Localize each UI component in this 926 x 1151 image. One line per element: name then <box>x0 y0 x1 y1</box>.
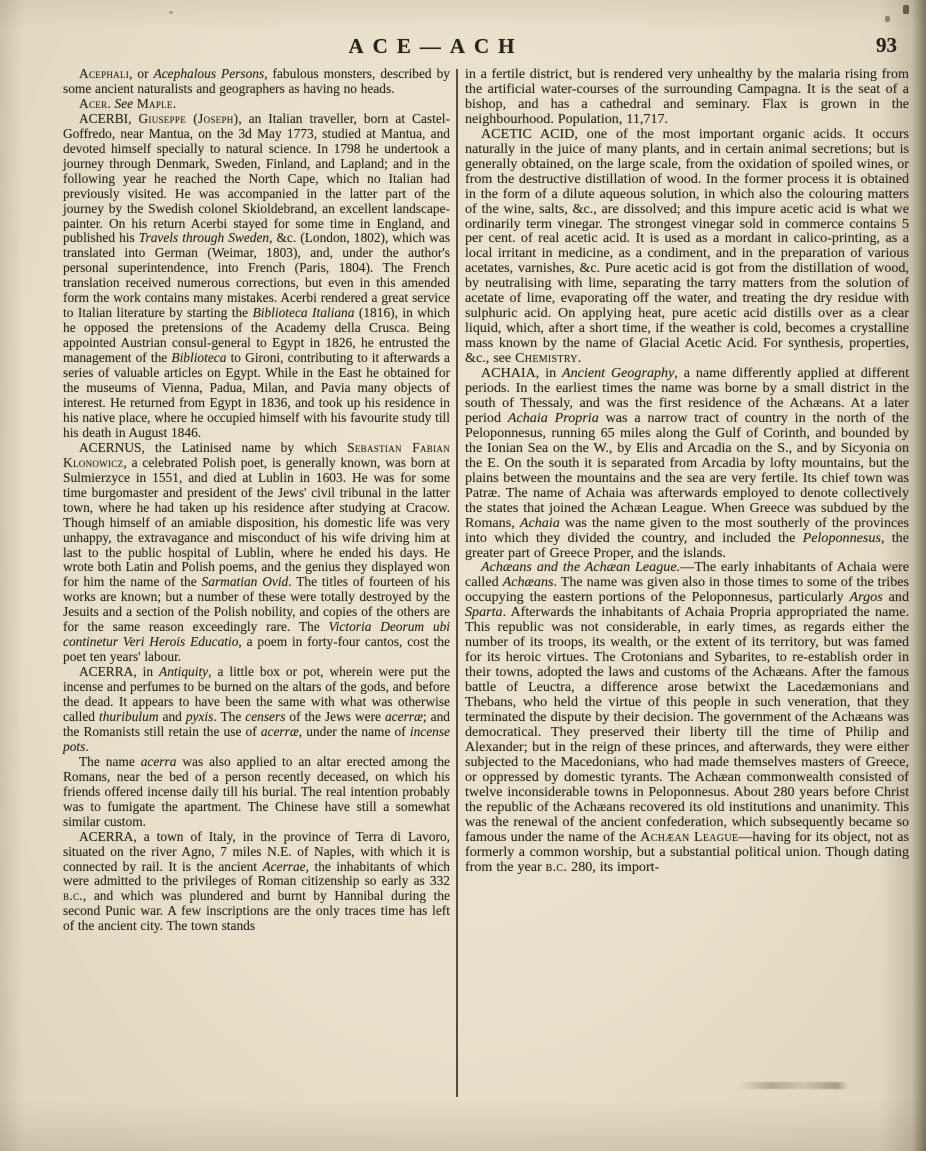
text-run: Acephali <box>79 66 129 81</box>
text-columns: Acephali, or Acephalous Persons, fabulou… <box>63 67 909 1097</box>
scan-artifact-speck <box>885 16 890 22</box>
text-run: ACERBI, <box>79 111 138 126</box>
text-run: ACHAIA, in <box>481 365 562 381</box>
right-column: in a fertile district, but is rendered v… <box>465 67 909 1097</box>
scan-artifact-speck <box>903 5 909 14</box>
text-run: Acerrae <box>263 859 306 874</box>
paragraph: Acephali, or Acephalous Persons, fabulou… <box>63 67 450 97</box>
text-run: acerra <box>141 754 177 769</box>
text-run: . <box>85 739 88 754</box>
text-run: ACETIC ACID, one of the most important o… <box>465 126 909 366</box>
text-run: Sparta <box>465 604 503 620</box>
text-run: Maple <box>137 96 173 111</box>
text-run: was a narrow tract of country in the nor… <box>465 410 909 531</box>
paragraph: Achæans and the Achæan League.—The early… <box>465 560 909 874</box>
text-run: . Afterwards the inhabitants of Achaia P… <box>465 604 909 844</box>
running-head: ACE—ACH <box>0 34 872 59</box>
text-run: Acer <box>79 96 107 111</box>
paragraph: The name acerra was also applied to an a… <box>63 755 450 830</box>
text-run: and <box>883 589 909 605</box>
paragraph: ACERRA, in Antiquity, a little box or po… <box>63 665 450 755</box>
text-run: . <box>173 96 176 111</box>
paragraph: ACETIC ACID, one of the most important o… <box>465 127 909 366</box>
scanned-book-page: { "page": { "background_color": "#e9e1cb… <box>0 0 926 1151</box>
text-run: , a celebrated Polish poet, is generally… <box>63 455 450 590</box>
text-run: The name <box>79 754 141 769</box>
text-run: of the Jews were <box>285 709 385 724</box>
text-run: Achaia Propria <box>508 410 599 426</box>
text-run: Antiquity <box>159 664 208 679</box>
text-run: Peloponnesus <box>803 530 881 546</box>
page-number: 93 <box>876 33 897 58</box>
text-run: , and which was plundered and burnt by H… <box>63 888 450 933</box>
text-run: Argos <box>850 589 883 605</box>
text-run: Achæans and the Achæan League. <box>481 559 680 575</box>
text-run: See <box>114 96 136 111</box>
text-run: thuribulum <box>99 709 159 724</box>
column-divider-rule <box>456 69 458 1097</box>
text-run: ACERRA, in <box>79 664 159 679</box>
text-run: in a fertile district, but is rendered v… <box>465 66 909 127</box>
text-run: b.c. <box>63 888 83 903</box>
paragraph: ACERNUS, the Latinised name by which Seb… <box>63 441 450 665</box>
text-run: , or <box>129 66 153 81</box>
text-run: , an Italian traveller, born at Castel-G… <box>63 111 450 246</box>
paragraph: ACERBI, Giuseppe (Joseph), an Italian tr… <box>63 112 450 441</box>
text-run: Achæan League <box>640 829 738 845</box>
text-run: Acephalous Persons <box>154 66 265 81</box>
text-run: Giuseppe (Joseph) <box>138 111 238 126</box>
scan-artifact-speck <box>169 11 173 14</box>
text-run: Sarmatian Ovid <box>202 574 289 589</box>
text-run: Travels through Sweden <box>139 230 269 245</box>
paragraph: in a fertile district, but is rendered v… <box>465 67 909 127</box>
scan-artifact-smudge <box>738 1082 848 1089</box>
text-run: 280, its import- <box>567 859 659 875</box>
text-run: and <box>159 709 186 724</box>
paragraph: ACHAIA, in Ancient Geography, a name dif… <box>465 366 909 560</box>
text-run: Biblioteca Italiana <box>253 305 355 320</box>
text-run: Ancient Geography <box>562 365 674 381</box>
text-run: acerræ <box>261 724 299 739</box>
text-run: pyxis <box>186 709 214 724</box>
text-run: Achæans <box>503 574 554 590</box>
text-run: . <box>578 350 582 366</box>
paragraph: ACERRA, a town of Italy, in the province… <box>63 830 450 935</box>
text-run: b.c. <box>546 859 568 875</box>
text-run: , under the name of <box>299 724 410 739</box>
left-column: Acephali, or Acephalous Persons, fabulou… <box>63 67 450 1097</box>
text-run: Biblioteca <box>171 350 226 365</box>
text-run: acerræ <box>385 709 423 724</box>
text-run: Chemistry <box>515 350 578 366</box>
text-run: . The <box>213 709 245 724</box>
text-run: ACERNUS, the Latinised name by which <box>79 440 347 455</box>
text-run: censers <box>245 709 285 724</box>
text-run: Achaia <box>520 515 560 531</box>
paragraph: Acer. See Maple. <box>63 97 450 112</box>
